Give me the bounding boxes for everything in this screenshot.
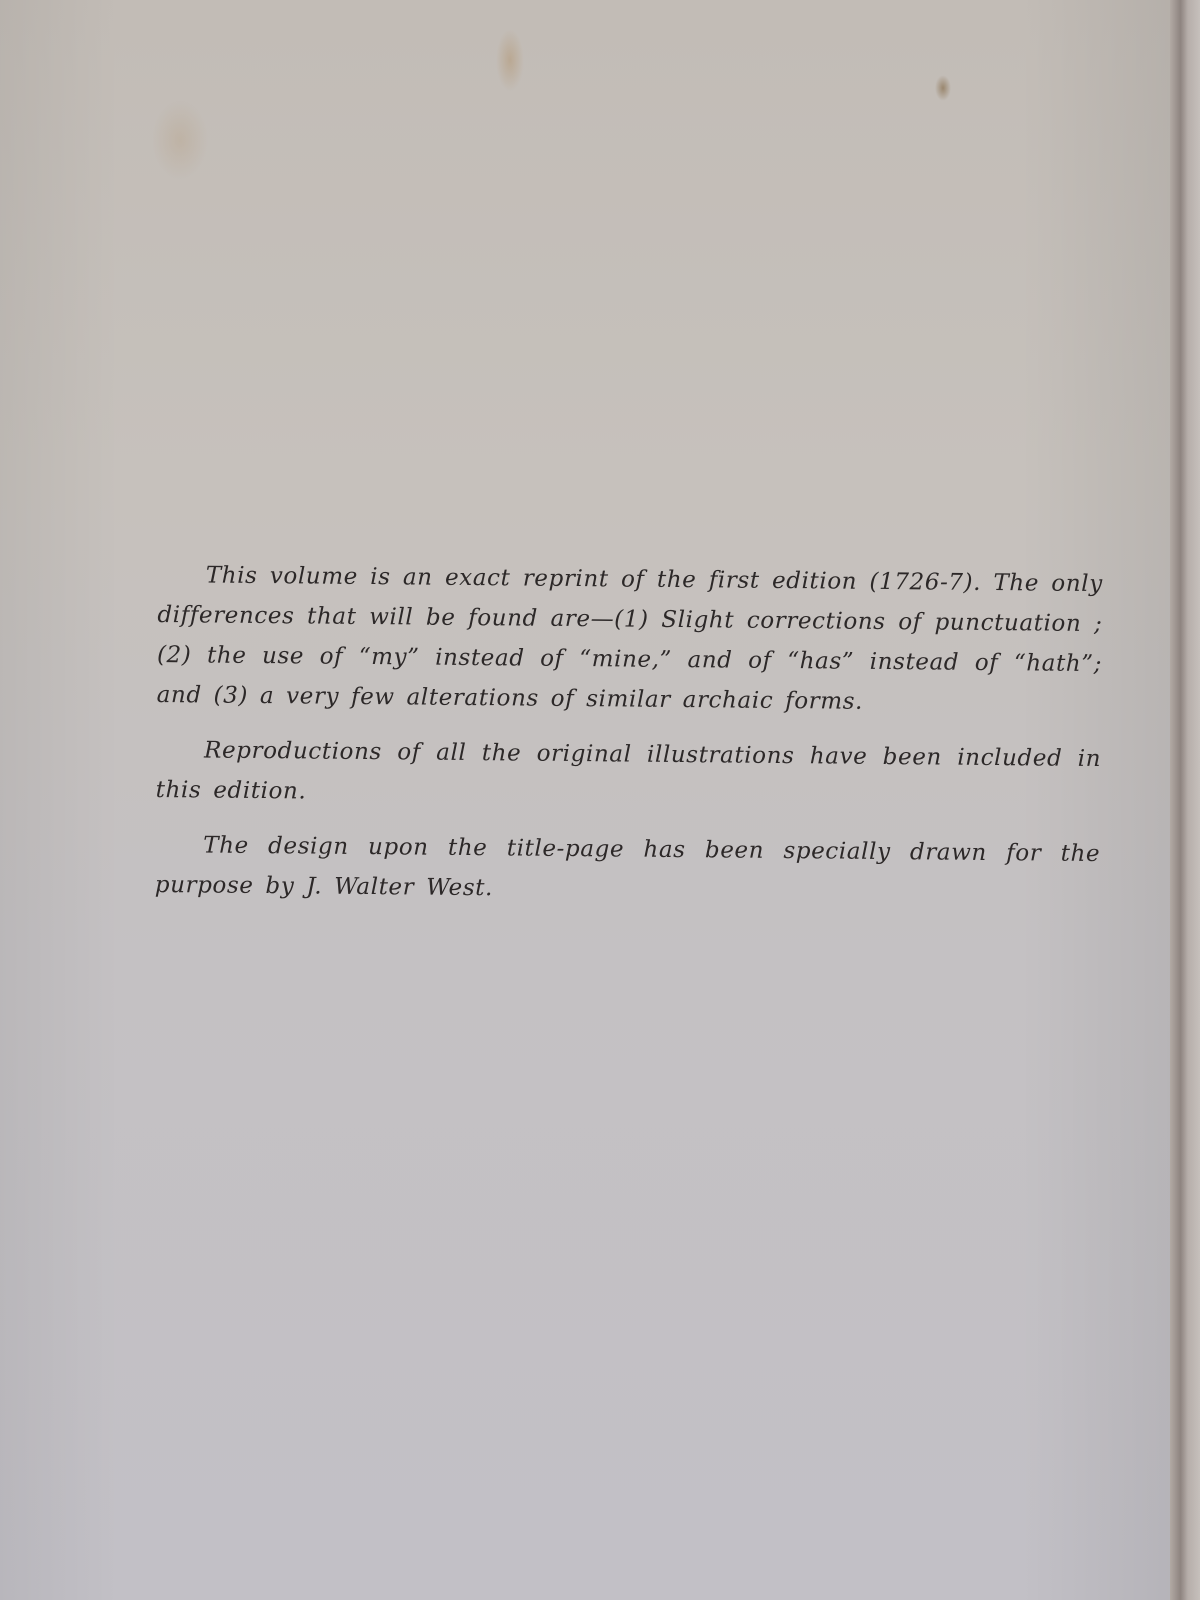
paragraph-title-page-design-note: The design upon the title-page has been … [155, 825, 1101, 914]
editorial-note: This volume is an exact reprint of the f… [154, 555, 1102, 929]
paragraph-illustrations-note: Reproductions of all the original illust… [156, 730, 1102, 819]
book-gutter-shadow [1170, 0, 1200, 1600]
book-page: This volume is an exact reprint of the f… [0, 0, 1200, 1600]
paragraph-reprint-note: This volume is an exact reprint of the f… [156, 555, 1102, 724]
